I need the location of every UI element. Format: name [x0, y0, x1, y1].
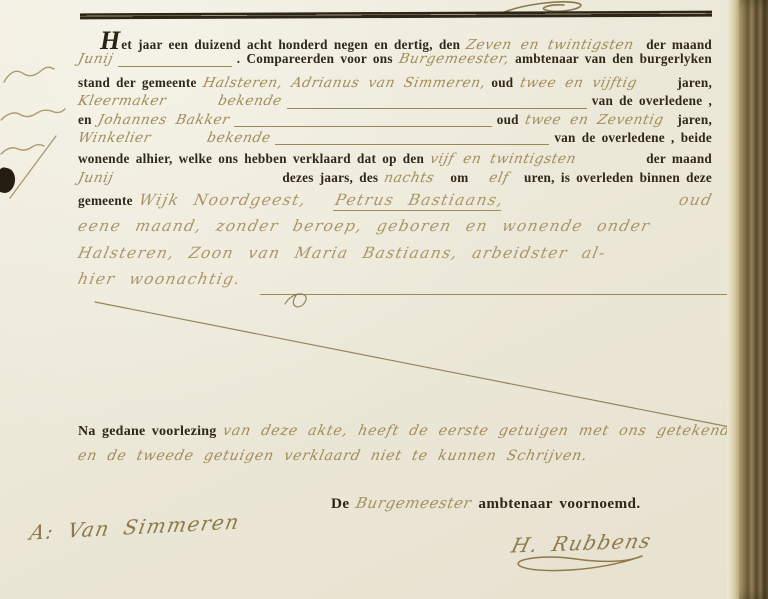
book-binding-edge [739, 0, 768, 599]
text-line: Junijdezes jaars, des nachtsomelfuren, i… [78, 171, 712, 189]
blank-space [663, 123, 677, 124]
blank-space [576, 162, 646, 163]
blank-space [151, 141, 207, 142]
printed-text: De [331, 496, 356, 511]
handwritten-text: twee en Zeventig [523, 114, 664, 128]
blank-space [636, 86, 677, 87]
blank-rule [118, 64, 232, 67]
void-strike-lines [80, 280, 768, 440]
printed-text: . Compareerden voor ons [237, 52, 399, 65]
printed-text: der maand [646, 152, 712, 165]
handwritten-text: Burgemeester [355, 496, 473, 511]
page-edge-stack [727, 0, 739, 599]
signature-flourish [500, 552, 650, 578]
text-line: gemeente Wijk Noordgeest, Petrus Bastiaa… [78, 193, 712, 219]
margin-scribbles [0, 48, 72, 238]
text-line: Na gedane voorlezing van deze akte, heef… [78, 424, 740, 449]
officiant-title-line: De Burgemeester ambtenaar voornoemd. [331, 496, 691, 514]
blank-space [503, 204, 679, 205]
act-text-block: Het jaar een duizend acht honderd negen … [78, 34, 712, 299]
printed-text: ambtenaar voornoemd. [472, 496, 641, 511]
text-line: stand der gemeente Halsteren, Adrianus v… [78, 76, 712, 94]
blank-space [434, 181, 450, 182]
text-line: en de tweede getuigen verklaard niet te … [78, 449, 740, 474]
handwritten-text: Kleermaker [77, 95, 168, 109]
blank-space [508, 181, 524, 182]
blank-space [166, 104, 218, 105]
text-line: wonende alhier, welke ons hebben verklaa… [78, 152, 712, 170]
printed-text: uren, is overleden binnen deze [524, 171, 712, 184]
handwritten-text: Junij [77, 172, 115, 186]
text-line: Junij. Compareerden voor ons Burgemeeste… [78, 52, 712, 70]
printed-text: wonende alhier, welke ons hebben verklaa… [78, 152, 430, 165]
handwritten-text: eene maand, zonder beroep, geboren en wo… [76, 219, 651, 235]
handwritten-text: Wijk Noordgeest, [137, 193, 336, 209]
blank-rule [275, 142, 549, 145]
printed-text: jaren, [677, 76, 712, 89]
text-line: Het jaar een duizend acht honderd negen … [78, 34, 712, 52]
printed-text: om [450, 171, 468, 184]
printed-text: ambtenaar van den burgerlyken [509, 52, 712, 65]
handwritten-text: Junij [77, 53, 115, 67]
printed-text: et jaar een duizend acht honderd negen e… [121, 38, 466, 51]
blank-space [634, 48, 646, 49]
text-line: Halsteren, Zoon van Maria Bastiaans, arb… [78, 246, 712, 273]
printed-text: H [100, 34, 120, 47]
handwritten-text: Halsteren, Adrianus van Simmeren, [201, 77, 486, 91]
printed-text: oud [497, 113, 525, 126]
handwritten-text: elf [487, 172, 509, 186]
printed-text: Na gedane voorlezing [78, 425, 223, 439]
printed-text: dezes jaars, des [282, 171, 384, 184]
handwritten-text: bekende [217, 95, 284, 109]
handwritten-text: Petrus Bastiaans, [333, 193, 505, 211]
blank-space [113, 181, 282, 182]
text-line: Winkelierbekendevan de overledene , beid… [78, 131, 712, 149]
blank-space [469, 181, 489, 182]
printed-text: der maand [646, 38, 712, 51]
blank-rule [287, 106, 587, 109]
printed-text: van de overledene , [592, 94, 712, 107]
handwritten-text: van deze akte, heeft de eerste getuigen … [221, 424, 736, 438]
handwritten-text: vijf en twintigsten [429, 153, 578, 167]
printed-text: jaren, [677, 113, 712, 126]
text-line: en Johannes Bakkeroud twee en Zeventigja… [78, 113, 712, 131]
scanned-death-record-page: Het jaar een duizend acht honderd negen … [0, 0, 768, 599]
handwritten-text: nachts [383, 172, 436, 186]
handwritten-text: Winkelier [77, 132, 153, 146]
printed-text: van de overledene , beide [554, 131, 712, 144]
text-line: Kleermakerbekendevan de overledene , [78, 94, 712, 112]
text-line: De Burgemeester ambtenaar voornoemd. [331, 496, 691, 514]
blank-rule [234, 124, 492, 127]
handwritten-text: twee en vijftig [518, 77, 638, 91]
text-line: eene maand, zonder beroep, geboren en wo… [78, 219, 712, 246]
handwritten-text: Johannes Bakker [96, 114, 230, 128]
handwritten-text: Halsteren, Zoon van Maria Bastiaans, arb… [76, 246, 607, 262]
printed-text: en [78, 113, 98, 126]
handwritten-text: Burgemeester, [397, 53, 510, 67]
handwritten-text: bekende [205, 132, 272, 146]
handwritten-text: oud [677, 193, 714, 209]
printed-text: oud [485, 76, 519, 89]
handwritten-text: en de tweede getuigen verklaard niet te … [76, 449, 588, 463]
printed-text: gemeente [78, 194, 139, 207]
printed-text: stand der gemeente [78, 76, 203, 89]
closing-statement-block: Na gedane voorlezing van deze akte, heef… [78, 424, 740, 474]
